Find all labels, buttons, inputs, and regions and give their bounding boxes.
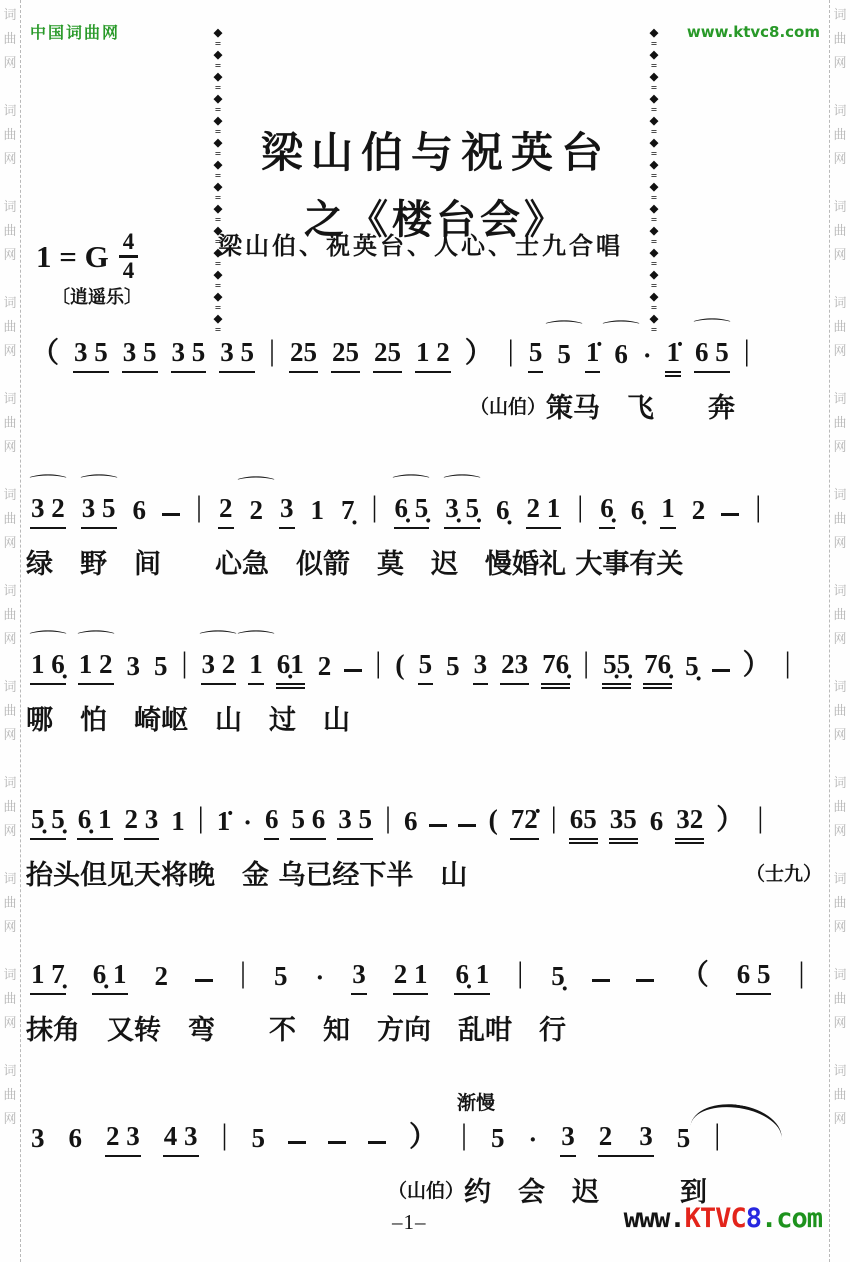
note-token: 2 <box>317 651 333 684</box>
note-token: 2 <box>249 495 265 528</box>
score-line: 1 7̣6̣ 12|5·32 16̣ 1|5̣（6 5|抹角 又转 弯 不 知 … <box>0 956 850 1072</box>
note-token: 1̇ <box>665 337 681 372</box>
note-token: 2 3 <box>598 1121 654 1156</box>
key-text: 1 = G <box>36 239 109 275</box>
note-token: 6̣ 1 <box>454 959 490 994</box>
title-box-border-left: ◆ = ◆ = ◆ = ◆ = ◆ = ◆ = ◆ = ◆ = ◆ = ◆ = … <box>210 28 226 336</box>
note-token: 5 <box>418 649 434 684</box>
note-token: 5 <box>676 1123 692 1156</box>
note-token: 2 3 <box>124 804 160 839</box>
note-token: 1̇ <box>216 806 232 839</box>
dash-note <box>636 979 654 982</box>
note-token: 2 <box>218 493 234 528</box>
note-token: 3 5 <box>81 493 117 528</box>
note-token: 5̣ 5̣ <box>30 804 66 839</box>
dash-note <box>458 824 476 827</box>
note-token: 32 <box>675 804 704 839</box>
augmentation-dot: · <box>315 963 326 995</box>
note-token: 6 5 <box>694 337 730 372</box>
barline: | <box>784 646 792 685</box>
parenthesis: ） <box>742 650 772 684</box>
note-token: 6 <box>264 804 280 839</box>
note-token: 72̇ <box>510 804 539 839</box>
note-token: 1 <box>660 493 676 528</box>
site-url-right: www.ktvc8.com <box>687 23 820 41</box>
performers-line: 梁山伯、祝英台、人心、士九合唱 <box>218 226 623 261</box>
augmentation-dot: · <box>642 341 653 373</box>
barline: | <box>181 646 189 685</box>
barline: | <box>384 801 392 840</box>
singer-label: （山伯） <box>388 1176 464 1203</box>
title-box-border-right: ◆ = ◆ = ◆ = ◆ = ◆ = ◆ = ◆ = ◆ = ◆ = ◆ = … <box>646 28 662 336</box>
notation-row: 1 7̣6̣ 12|5·32 16̣ 1|5̣（6 5| <box>0 956 834 995</box>
page-title: 梁山伯与祝英台 <box>261 120 611 180</box>
note-token: 6 <box>649 806 665 839</box>
parenthesis: ） <box>715 805 745 839</box>
page-number: –1– <box>392 1210 427 1235</box>
score-line: 1 6̣1 235|3 216̣12|(5532376̣|5̣5̣76̣5̣）|… <box>0 646 850 762</box>
note-token: 3 5 <box>122 337 158 372</box>
note-token: 6̣1 <box>276 649 305 684</box>
parenthesis: （ <box>680 960 710 994</box>
note-token: 3 <box>351 959 367 994</box>
note-token: 3 5 <box>337 804 373 839</box>
lyrics-row: 抬头但见天将晚 金 乌已经下半 山（士九） <box>0 853 850 892</box>
note-token: 1 <box>310 495 326 528</box>
note-token: 25 <box>373 337 402 372</box>
note-token: 23 <box>500 649 529 684</box>
right-watermark-strip: 词 曲 网 词 曲 网 词 曲 网 词 曲 网 词 曲 网 词 曲 网 词 曲 … <box>829 0 850 1262</box>
note-token: 2 <box>691 495 707 528</box>
barline: | <box>268 334 276 373</box>
note-token: 1 2 <box>415 337 451 372</box>
parenthesis: （ <box>30 338 60 372</box>
note-token: 1 6̣ <box>30 649 66 684</box>
dash-note <box>195 979 213 982</box>
site-name-left: 中国词曲网 <box>30 20 120 43</box>
note-token: 6̣ 1 <box>77 804 113 839</box>
note-token: 2 <box>154 961 170 994</box>
barline: | <box>756 801 764 840</box>
parenthesis: ( <box>487 805 498 839</box>
parenthesis: ( <box>394 650 405 684</box>
note-token: 5 <box>490 1123 506 1156</box>
score-line: 5̣ 5̣6̣ 12 31|1̇·65 63 5|6(72̇|6535632）|… <box>0 801 850 917</box>
parenthesis: ） <box>408 1122 438 1156</box>
note-token: 1̇ <box>585 337 601 372</box>
note-token: 6 5 <box>736 959 772 994</box>
barline: | <box>797 956 805 995</box>
note-token: 1 7̣ <box>30 959 66 994</box>
key-signature: 1 = G 4 4 <box>36 230 138 283</box>
note-token: 5 <box>273 961 289 994</box>
brand-segment: www. <box>624 1203 685 1234</box>
lyrics-text: 抹角 又转 弯 不 知 方向 乱咁 行 <box>26 1008 566 1047</box>
dash-note <box>712 669 730 672</box>
score-line: 3 23 56|22317̣|6̣ 5̣3̣ 5̣6̣2 1|6̣6̣12|绿 … <box>0 490 850 606</box>
note-token: 6 <box>132 495 148 528</box>
note-token: 3 5 <box>73 337 109 372</box>
note-token: 3 <box>126 651 142 684</box>
note-token: 65 <box>569 804 598 839</box>
note-token: 2 1 <box>526 493 562 528</box>
barline: | <box>460 1118 468 1157</box>
note-token: 5 <box>153 651 169 684</box>
barline: | <box>374 646 382 685</box>
singer-label: （山伯） <box>470 392 546 419</box>
brand-segment: KTVC <box>685 1203 746 1234</box>
time-signature: 4 4 <box>119 230 139 283</box>
note-token: 6 <box>403 806 419 839</box>
note-token: 3 <box>279 493 295 528</box>
barline: | <box>195 490 203 529</box>
notation-row: 1 6̣1 235|3 216̣12|(5532376̣|5̣5̣76̣5̣）| <box>0 646 834 685</box>
note-token: 3 <box>473 649 489 684</box>
sheet-music-page: 词 曲 网 词 曲 网 词 曲 网 词 曲 网 词 曲 网 词 曲 网 词 曲 … <box>0 0 850 1262</box>
barline: | <box>550 801 558 840</box>
dash-note <box>344 669 362 672</box>
note-token: 35 <box>609 804 638 839</box>
lyrics-row: 哪 怕 崎岖 山 过 山 <box>0 698 850 737</box>
note-token: 6̣ 1 <box>92 959 128 994</box>
barline: | <box>713 1118 721 1157</box>
note-token: 6̣ <box>630 495 646 528</box>
tune-name: 〔逍遥乐〕 <box>52 283 142 309</box>
notation-row: 362 34 3|5）|5·32 35| <box>0 1118 834 1157</box>
lyrics-text: 策马 飞 奔 <box>546 386 735 425</box>
note-token: 3 2 <box>30 493 66 528</box>
note-token: 3 <box>30 1123 46 1156</box>
singer-label: （士九） <box>746 859 822 886</box>
note-token: 76̣ <box>643 649 672 684</box>
notation-row: 5̣ 5̣6̣ 12 31|1̇·65 63 5|6(72̇|6535632）| <box>0 801 834 840</box>
barline: | <box>221 1118 229 1157</box>
lyrics-text: 哪 怕 崎岖 山 过 山 <box>26 698 350 737</box>
note-token: 2 1 <box>393 959 429 994</box>
note-token: 6̣ <box>599 493 615 528</box>
brand-segment: 8 <box>746 1203 761 1234</box>
note-token: 76̣ <box>541 649 570 684</box>
note-token: 5̣ <box>550 961 566 994</box>
note-token: 5 <box>556 339 572 372</box>
dash-note <box>592 979 610 982</box>
lyrics-row: 绿 野 间 心急 似箭 莫 迟 慢婚礼 大事有关 <box>0 542 850 581</box>
meter-denominator: 4 <box>123 258 135 283</box>
footer-brand-watermark: www.KTVC8.com <box>624 1203 822 1234</box>
barline: | <box>743 334 751 373</box>
score-line: （3 53 53 53 5|2525251 2）|551̇6·1̇6 5|（山伯… <box>0 334 850 450</box>
dash-note <box>328 1141 346 1144</box>
barline: | <box>754 490 762 529</box>
lyrics-row: 抹角 又转 弯 不 知 方向 乱咁 行 <box>0 1008 850 1047</box>
augmentation-dot: · <box>242 808 253 840</box>
barline: | <box>582 646 590 685</box>
note-token: 3̣ 5̣ <box>444 493 480 528</box>
note-token: 4 3 <box>163 1121 199 1156</box>
note-token: 6̣ 5̣ <box>394 493 430 528</box>
note-token: 7̣ <box>340 495 356 528</box>
dash-note <box>288 1141 306 1144</box>
barline: | <box>516 956 524 995</box>
note-token: 3 5 <box>171 337 207 372</box>
note-token: 2 3 <box>105 1121 141 1156</box>
note-token: 6 <box>68 1123 84 1156</box>
dash-note <box>368 1141 386 1144</box>
barline: | <box>197 801 205 840</box>
note-token: 3 <box>560 1121 576 1156</box>
note-token: 1 <box>248 649 264 684</box>
barline: | <box>239 956 247 995</box>
note-token: 3 2 <box>201 649 237 684</box>
note-token: 5 6 <box>290 804 326 839</box>
lyrics-text: 绿 野 间 心急 似箭 莫 迟 慢婚礼 大事有关 <box>26 542 683 581</box>
parenthesis: ） <box>464 338 494 372</box>
tempo-marking: 渐慢 <box>457 1088 495 1115</box>
lyrics-text: 抬头但见天将晚 金 乌已经下半 山 <box>26 853 467 892</box>
augmentation-dot: · <box>528 1125 539 1157</box>
note-token: 5̣5̣ <box>602 649 631 684</box>
barline: | <box>371 490 379 529</box>
note-token: 25 <box>289 337 318 372</box>
note-token: 1 2 <box>78 649 114 684</box>
brand-segment: .com <box>761 1203 822 1234</box>
note-token: 6̣ <box>495 495 511 528</box>
note-token: 5 <box>528 337 544 372</box>
barline: | <box>576 490 584 529</box>
barline: | <box>507 334 515 373</box>
lyrics-row: （山伯）策马 飞 奔 <box>0 386 850 425</box>
notation-row: 3 23 56|22317̣|6̣ 5̣3̣ 5̣6̣2 1|6̣6̣12| <box>0 490 834 529</box>
title-box: |||◆|||◆|||◆|||◆|||◆|||◆|||◆|||◆|||◆|||◆… <box>210 28 662 204</box>
note-token: 1 <box>170 806 186 839</box>
note-token: 6 <box>613 339 629 372</box>
note-token: 5̣ <box>684 651 700 684</box>
meter-numerator: 4 <box>119 230 139 258</box>
note-token: 5 <box>445 651 461 684</box>
note-token: 3 5 <box>219 337 255 372</box>
note-token: 5 <box>251 1123 267 1156</box>
dash-note <box>721 513 739 516</box>
dash-note <box>429 824 447 827</box>
note-token: 25 <box>331 337 360 372</box>
notation-row: （3 53 53 53 5|2525251 2）|551̇6·1̇6 5| <box>0 334 834 373</box>
dash-note <box>162 513 180 516</box>
left-watermark-strip: 词 曲 网 词 曲 网 词 曲 网 词 曲 网 词 曲 网 词 曲 网 词 曲 … <box>0 0 21 1262</box>
